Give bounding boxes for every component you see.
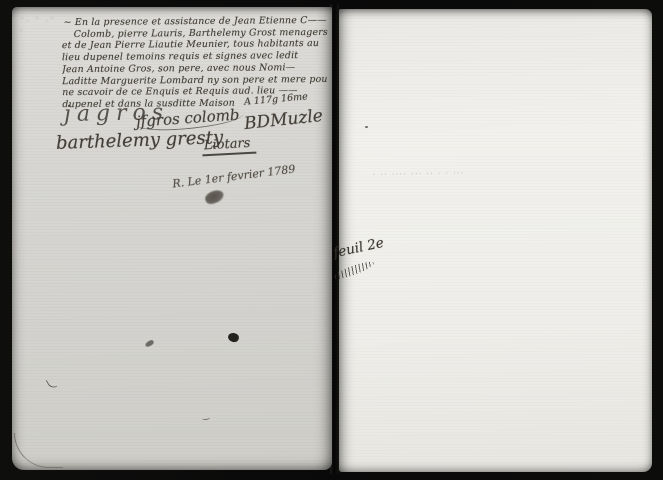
signature-bdmuzle: BDMuzle <box>243 106 324 134</box>
faint-offset-text: · ·· ···· ··· ·· · · ··· <box>373 169 465 179</box>
bleedthrough-marks: ˜· ˜ ·˜ · <box>20 17 60 35</box>
date-line: R. Le 1er fevrier 1789 <box>172 163 296 191</box>
signature-barthelemy-gresty: barthelemy gresty <box>56 127 224 154</box>
ink-blot <box>203 188 225 207</box>
stray-ink-mark-2 <box>202 415 210 420</box>
right-page: · ·· ···· ··· ·· · · ··· feuil 2e <box>339 9 652 472</box>
signature-liotars: Liotars <box>202 136 257 157</box>
ink-spot-large <box>227 332 240 343</box>
page-corner-crease <box>14 433 63 468</box>
scanned-register-spread: ˜· ˜ ·˜ · ~ En la presence et assistance… <box>0 0 663 480</box>
left-page: ˜· ˜ ·˜ · ~ En la presence et assistance… <box>12 7 332 470</box>
folio-annotation: feuil 2e <box>332 235 385 261</box>
stray-ink-mark <box>46 377 58 390</box>
ink-dot <box>365 126 368 128</box>
ink-spot-small <box>144 339 154 348</box>
